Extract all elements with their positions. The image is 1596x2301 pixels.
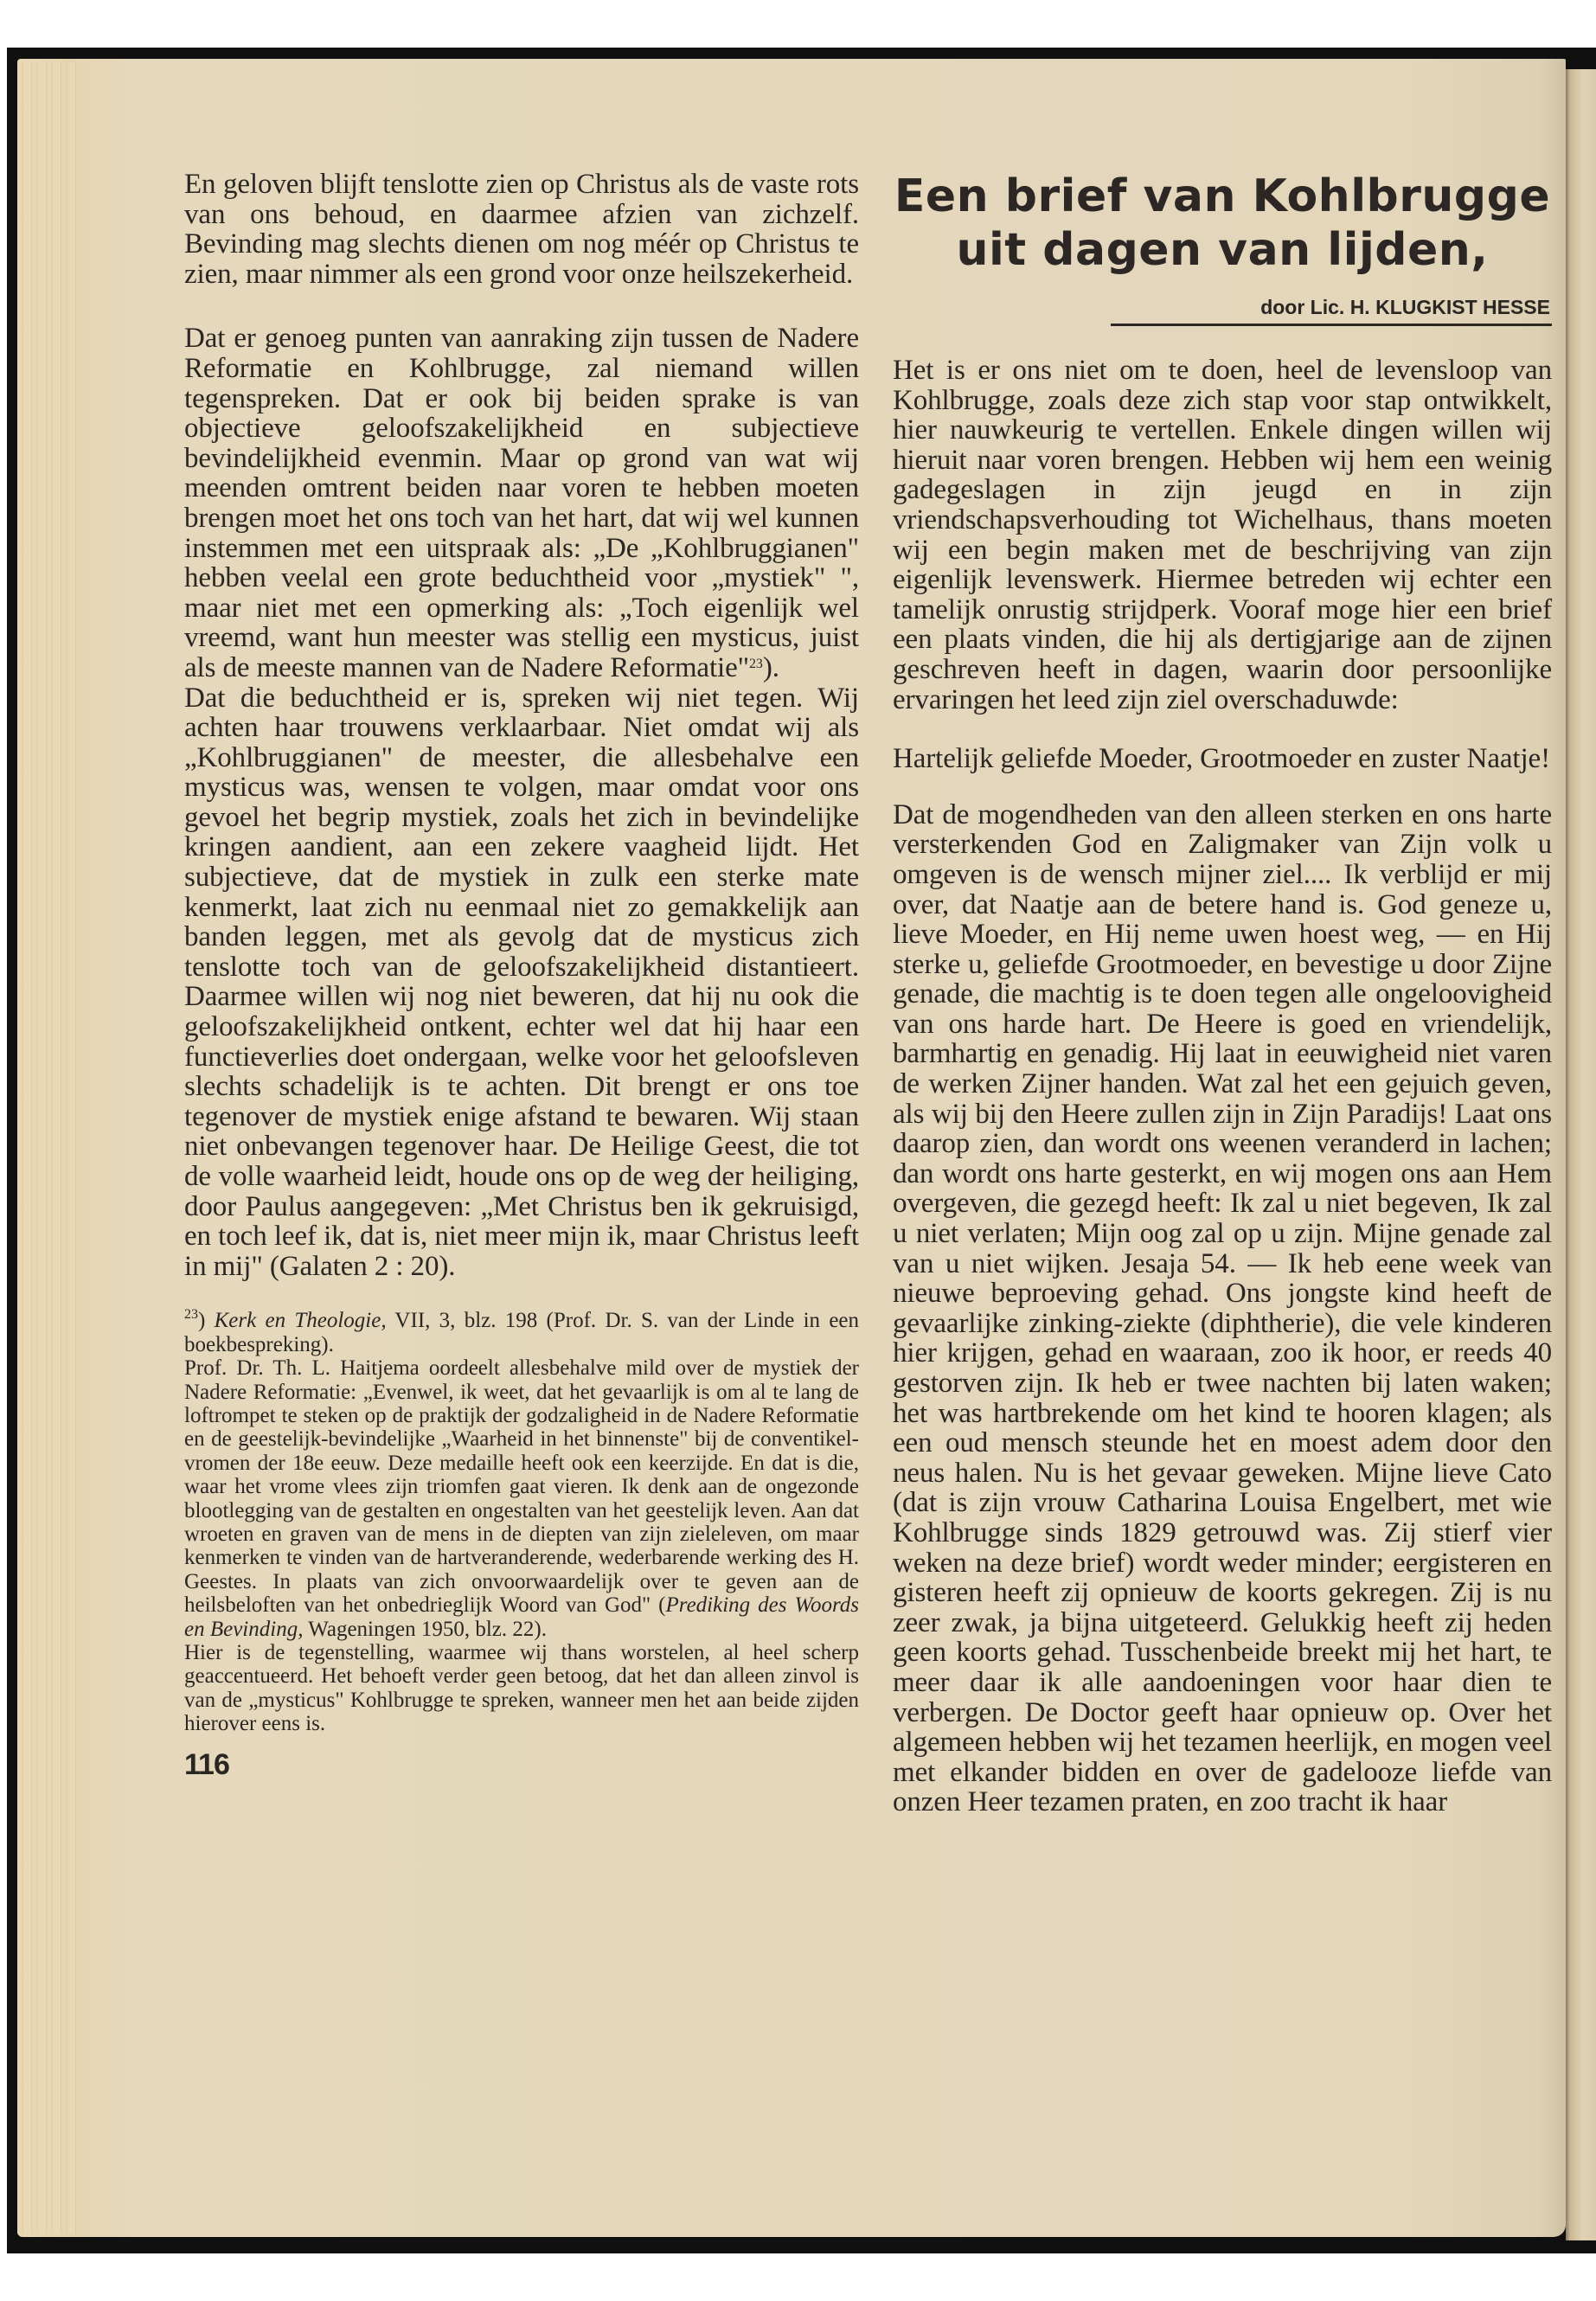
article-title-line-2: uit dagen van lijden,: [956, 224, 1488, 276]
footnote-marker: 23: [184, 1307, 198, 1322]
byline-underline: [1111, 324, 1552, 326]
left-paragraph-2-end: ).: [763, 652, 779, 683]
letter-salutation: Hartelijk geliefde Moeder, Grootmoeder e…: [893, 744, 1552, 774]
article-byline: door Lic. H. KLUGKIST HESSE: [893, 296, 1552, 319]
page-edges: [17, 62, 78, 2234]
page-number: 116: [184, 1748, 859, 1782]
next-page-edge: [1566, 69, 1596, 2240]
left-paragraph-3: Dat die beduchtheid er is, spreken wij n…: [184, 683, 859, 1282]
letter-body: Dat de mogendheden van den alleen sterke…: [893, 800, 1552, 1817]
article-title: Een brief van Kohlbrugge uit dagen van l…: [893, 170, 1552, 277]
footnote-haitjema-source: Wageningen 1950, blz. 22).: [303, 1618, 547, 1641]
footnote-conclusion: Hier is de tegenstelling, waarmee wij th…: [184, 1641, 859, 1736]
footnote-23: 23) Kerk en Theologie, VII, 3, blz. 198 …: [184, 1309, 859, 1356]
left-column: En geloven blijft tenslotte zien op Chri…: [184, 170, 859, 1782]
footnote-reference: 23: [749, 657, 763, 671]
footnote-haitjema-text: Prof. Dr. Th. L. Haitjema oordeelt alles…: [184, 1356, 859, 1617]
left-paragraph-2: Dat er genoeg punten van aanraking zijn …: [184, 324, 859, 683]
footnote-citation-title: Kerk en Theologie,: [215, 1309, 387, 1332]
left-paragraph-1: En geloven blijft tenslotte zien op Chri…: [184, 170, 859, 289]
left-paragraph-2-text: Dat er genoeg punten van aanraking zijn …: [184, 323, 859, 683]
article-intro: Het is er ons niet om te doen, heel de l…: [893, 356, 1552, 715]
footnote-haitjema: Prof. Dr. Th. L. Haitjema oordeelt alles…: [184, 1356, 859, 1641]
article-title-line-1: Een brief van Kohlbrugge: [894, 170, 1550, 222]
right-column: Een brief van Kohlbrugge uit dagen van l…: [893, 170, 1552, 1817]
